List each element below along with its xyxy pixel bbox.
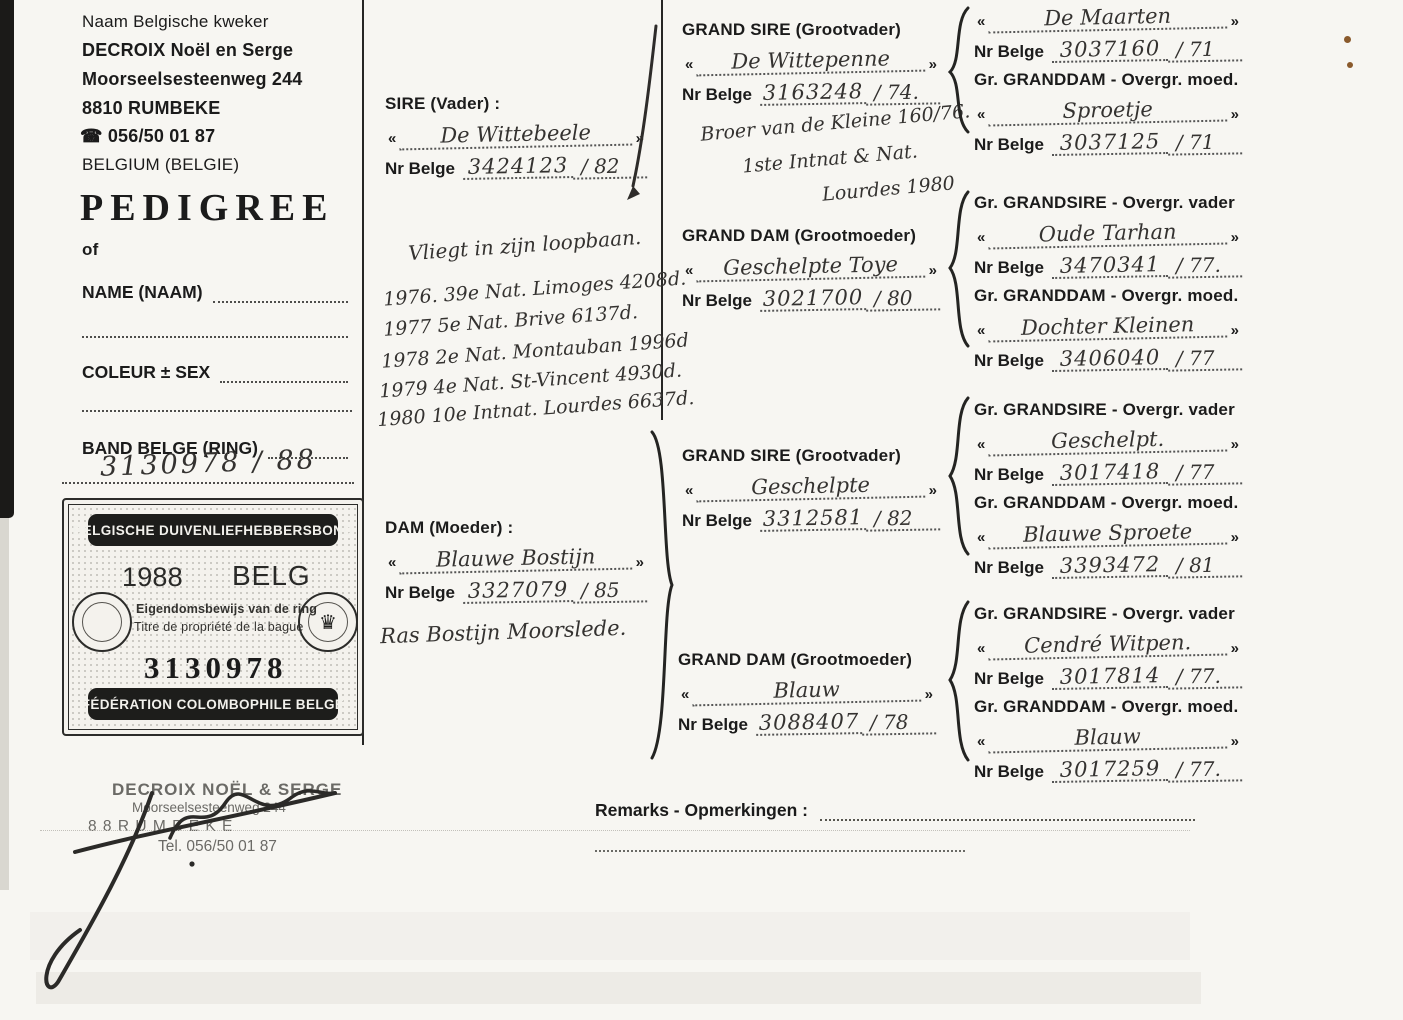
dam-note: Ras Bostijn Moorslede. — [380, 616, 627, 649]
quote-open: « — [678, 685, 692, 705]
certificate-top-banner: BELGISCHE DUIVENLIEFHEBBERSBOND — [88, 514, 338, 546]
nr-belge-label: Nr Belge — [974, 351, 1044, 371]
sire-ring-year: / 82 — [573, 155, 647, 179]
breeder-city: 8810 RUMBEKE — [82, 98, 220, 119]
quote-close: » — [1228, 228, 1242, 248]
colour-field-line2 — [82, 410, 352, 412]
gg3-sire-name: Geschelpt. — [988, 426, 1228, 456]
grand-sire-1-name: De Wittepenne — [696, 47, 926, 77]
gg4-sire-ring-number: 3017814 — [1052, 664, 1168, 690]
quote-open: « — [385, 129, 399, 149]
quote-open: « — [974, 105, 988, 125]
gg2-dam-ring-year: / 77 — [1168, 348, 1242, 372]
great-grandparents-block-3: Gr. GRANDSIRE - Overgr. vader « Geschelp… — [974, 400, 1242, 578]
nr-belge-label: Nr Belge — [385, 583, 455, 603]
gg1-dam-ring-year: / 71 — [1168, 132, 1242, 156]
certificate-year: 1988 — [122, 562, 183, 593]
grand-sire-1-note: Lourdes 1980 — [821, 172, 955, 206]
grand-sire-2-name: Geschelpte — [696, 473, 926, 503]
grand-sire-1-note: 1ste Intnat & Nat. — [741, 140, 918, 177]
quote-open: « — [682, 55, 696, 75]
grand-dam-2-block: GRAND DAM (Grootmoeder) « Blauw » Nr Bel… — [678, 650, 936, 735]
nr-belge-label: Nr Belge — [974, 258, 1044, 278]
quote-close: » — [1228, 12, 1242, 32]
certificate-bottom-banner: FÉDÉRATION COLOMBOPHILE BELGE — [88, 688, 338, 720]
grand-dam-2-ring-year: / 78 — [862, 711, 936, 735]
gg1-sire-ring-year: / 71 — [1168, 38, 1242, 62]
breeder-phone: ☎ 056/50 01 87 — [80, 126, 215, 147]
breeder-name: DECROIX Noël en Serge — [82, 40, 293, 61]
scan-speck — [1347, 62, 1353, 68]
quote-close: » — [926, 55, 940, 75]
gg1-dam-header: Gr. GRANDDAM - Overgr. moed. — [974, 70, 1242, 90]
gg3-sire-ring-year: / 77 — [1168, 461, 1242, 485]
pen-arrowhead — [627, 186, 640, 200]
nr-belge-label: Nr Belge — [974, 558, 1044, 578]
grand-dam-1-name: Geschelpte Toye — [696, 253, 926, 283]
quote-close: » — [1228, 321, 1242, 341]
certificate-ring-number: 3130978 — [138, 650, 294, 691]
great-grandparents-block-2: Gr. GRANDSIRE - Overgr. vader « Oude Tar… — [974, 193, 1242, 371]
gg1-sire-name: De Maarten — [988, 3, 1228, 33]
gg4-dam-name: Blauw — [988, 724, 1228, 754]
grand-sire-1-ring-year: / 74. — [866, 81, 940, 105]
scan-shadow — [30, 912, 1190, 960]
quote-close: » — [633, 553, 647, 573]
gg3-sire-ring-number: 3017418 — [1052, 460, 1168, 486]
faint-rule — [40, 830, 1190, 831]
quote-close: » — [1228, 528, 1242, 548]
quote-open: « — [974, 732, 988, 752]
gg3-dam-name: Blauwe Sproete — [988, 520, 1228, 550]
grand-dam-2-header: GRAND DAM (Grootmoeder) — [678, 650, 936, 670]
grand-dam-2-name: Blauw — [692, 677, 922, 707]
name-field-line2 — [82, 336, 348, 338]
remarks-line — [820, 801, 1195, 821]
dam-name: Blauwe Bostijn — [399, 545, 633, 575]
of-label: of — [82, 240, 98, 260]
dam-ring-year: / 85 — [573, 579, 647, 603]
certificate-country-code: BELG — [232, 560, 311, 592]
quote-open: « — [974, 321, 988, 341]
quote-open: « — [974, 228, 988, 248]
grand-sire-2-ring-number: 3312581 — [760, 506, 866, 532]
nr-belge-label: Nr Belge — [682, 291, 752, 311]
nr-belge-label: Nr Belge — [974, 135, 1044, 155]
grand-dam-1-header: GRAND DAM (Grootmoeder) — [682, 226, 940, 246]
quote-open: « — [974, 639, 988, 659]
gg2-dam-header: Gr. GRANDDAM - Overgr. moed. — [974, 286, 1242, 306]
owner-stamp-name: DECROIX NOËL & SERGE — [112, 780, 342, 800]
name-field-label: NAME (NAAM) — [82, 282, 203, 303]
band-field-line2 — [62, 482, 354, 484]
gg4-sire-header: Gr. GRANDSIRE - Overgr. vader — [974, 604, 1242, 624]
nr-belge-label: Nr Belge — [682, 511, 752, 531]
great-grandparents-block-4: Gr. GRANDSIRE - Overgr. vader « Cendré W… — [974, 604, 1242, 782]
grand-sire-1-header: GRAND SIRE (Grootvader) — [682, 20, 940, 40]
scan-shadow — [36, 972, 1201, 1004]
scan-edge-gray — [0, 518, 9, 890]
quote-close: » — [922, 685, 936, 705]
nr-belge-label: Nr Belge — [682, 85, 752, 105]
gg3-dam-ring-number: 3393472 — [1052, 553, 1168, 579]
quote-open: « — [385, 553, 399, 573]
gg3-dam-header: Gr. GRANDDAM - Overgr. moed. — [974, 493, 1242, 513]
quote-open: « — [974, 528, 988, 548]
remarks-label: Remarks - Opmerkingen : — [595, 800, 808, 821]
quote-close: » — [1228, 732, 1242, 752]
quote-close: » — [926, 261, 940, 281]
scan-edge-black — [0, 0, 14, 518]
gg2-dam-name: Dochter Kleinen — [988, 313, 1228, 343]
nr-belge-label: Nr Belge — [974, 465, 1044, 485]
sire-results-line: Vliegt in zijn loopbaan. — [407, 225, 642, 265]
quote-open: « — [974, 12, 988, 32]
signature-dot — [189, 861, 194, 866]
colour-field-label: COLEUR ± SEX — [82, 362, 210, 383]
gg2-sire-name: Oude Tarhan — [988, 219, 1228, 249]
grand-sire-1-ring-number: 3163248 — [760, 80, 866, 106]
gg2-brace — [950, 192, 968, 346]
quote-close: » — [633, 129, 647, 149]
gg3-dam-ring-year: / 81 — [1168, 555, 1242, 579]
scan-speck — [1344, 36, 1351, 43]
nr-belge-label: Nr Belge — [385, 159, 455, 179]
gg4-dam-header: Gr. GRANDDAM - Overgr. moed. — [974, 697, 1242, 717]
grand-sire-1-note: Broer van de Kleine 160/76. — [700, 100, 972, 146]
grand-dam-1-block: GRAND DAM (Grootmoeder) « Geschelpte Toy… — [682, 226, 940, 311]
gg1-sire-ring-number: 3037160 — [1052, 37, 1168, 63]
dam-ring-number: 3327079 — [463, 578, 573, 604]
sire-name: De Wittebeele — [399, 121, 633, 151]
quote-open: « — [682, 261, 696, 281]
gg4-sire-ring-year: / 77. — [1168, 665, 1242, 689]
gg4-sire-name: Cendré Witpen. — [988, 630, 1228, 660]
owner-stamp-street: Moorseelsesteenweg 244 — [132, 800, 286, 815]
colour-field: COLEUR ± SEX — [82, 362, 348, 383]
nr-belge-label: Nr Belge — [974, 669, 1044, 689]
gg2-sire-ring-number: 3470341 — [1052, 253, 1168, 279]
grand-sire-2-header: GRAND SIRE (Grootvader) — [682, 446, 940, 466]
owner-stamp-city: 8 8 R U M B E K E — [88, 818, 233, 836]
quote-close: » — [1228, 639, 1242, 659]
quote-open: « — [974, 435, 988, 455]
name-field: NAME (NAAM) — [82, 282, 348, 303]
gg1-dam-ring-number: 3037125 — [1052, 130, 1168, 156]
remarks-field: Remarks - Opmerkingen : — [595, 800, 1195, 821]
pedigree-document: Naam Belgische kweker DECROIX Noël en Se… — [0, 0, 1403, 1020]
grand-sire-2-block: GRAND SIRE (Grootvader) « Geschelpte » N… — [682, 446, 940, 531]
certificate-line-fr: Titre de propriété de la bague — [134, 620, 304, 634]
band-ring-value: 3130978 / 88 — [100, 444, 318, 483]
gg2-sire-header: Gr. GRANDSIRE - Overgr. vader — [974, 193, 1242, 213]
page-title: PEDIGREE — [80, 186, 334, 230]
grand-dam-2-ring-number: 3088407 — [756, 710, 862, 736]
sire-results-line: 1976. 39e Nat. Limoges 4208d. — [383, 267, 687, 310]
dam-block: DAM (Moeder) : « Blauwe Bostijn » Nr Bel… — [385, 518, 647, 603]
grand-dam-1-ring-year: / 80 — [866, 287, 940, 311]
gg4-brace — [950, 602, 968, 760]
breeder-country: BELGIUM (BELGIE) — [82, 155, 239, 175]
nr-belge-label: Nr Belge — [974, 42, 1044, 62]
dam-group-brace — [652, 432, 672, 758]
owner-stamp-phone: Tel. 056/50 01 87 — [158, 838, 277, 856]
sire-ring-number: 3424123 — [463, 154, 573, 180]
gg1-dam-name: Sproetje — [988, 97, 1228, 127]
certificate-line-nl: Eigendomsbewijs van de ring — [136, 602, 317, 616]
colour-field-line — [220, 363, 348, 383]
sire-header: SIRE (Vader) : — [385, 94, 647, 114]
gg4-dam-ring-year: / 77. — [1168, 759, 1242, 783]
sire-block: SIRE (Vader) : « De Wittebeele » Nr Belg… — [385, 94, 647, 179]
quote-close: » — [926, 481, 940, 501]
grand-sire-1-block: GRAND SIRE (Grootvader) « De Wittepenne … — [682, 20, 940, 105]
nr-belge-label: Nr Belge — [678, 715, 748, 735]
name-field-line — [213, 283, 348, 303]
grand-dam-1-ring-number: 3021700 — [760, 286, 866, 312]
gg4-dam-ring-number: 3017259 — [1052, 757, 1168, 783]
nr-belge-label: Nr Belge — [974, 762, 1044, 782]
quote-open: « — [682, 481, 696, 501]
gg2-dam-ring-number: 3406040 — [1052, 346, 1168, 372]
quote-close: » — [1228, 435, 1242, 455]
column-divider — [661, 0, 663, 420]
dam-header: DAM (Moeder) : — [385, 518, 647, 538]
breeder-heading: Naam Belgische kweker — [82, 12, 269, 32]
breeder-street: Moorseelsesteenweg 244 — [82, 69, 303, 90]
grand-sire-2-ring-year: / 82 — [866, 507, 940, 531]
gg3-sire-header: Gr. GRANDSIRE - Overgr. vader — [974, 400, 1242, 420]
quote-close: » — [1228, 105, 1242, 125]
gg2-sire-ring-year: / 77. — [1168, 254, 1242, 278]
great-grandparents-block-1: « De Maarten » Nr Belge 3037160 / 71 Gr.… — [974, 6, 1242, 155]
gg3-brace — [950, 398, 968, 554]
medallion-right-icon: ♛ — [298, 592, 358, 652]
medallion-left-icon — [72, 592, 132, 652]
medallion-ring — [82, 602, 122, 642]
remarks-line2 — [595, 850, 965, 852]
ring-certificate: BELGISCHE DUIVENLIEFHEBBERSBOND 1988 BEL… — [62, 498, 364, 736]
